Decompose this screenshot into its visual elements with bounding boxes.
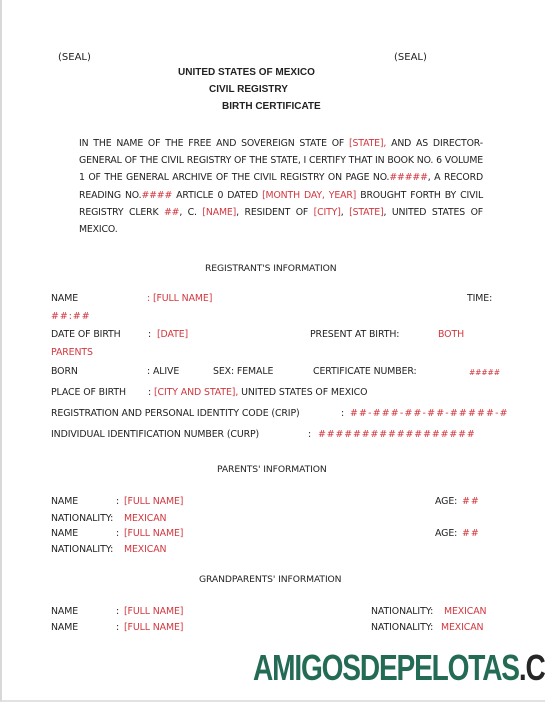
paragraph-text: , RESIDENT OF [236, 207, 313, 218]
time-label: TIME: [467, 293, 492, 305]
placeholder-date: [MONTH DAY, YEAR] [262, 190, 356, 201]
placeholder-state: [STATE], [349, 138, 386, 149]
dob-colon: : [148, 329, 151, 341]
paragraph-text: , C. [179, 207, 202, 218]
crip-value: ##-###-##-##-#####-# [350, 408, 509, 420]
seal-right: (SEAL) [394, 52, 427, 63]
parent-age-value: ## [462, 528, 480, 540]
parent-age-label: AGE: [435, 496, 457, 508]
certificate-page: (SEAL) (SEAL) UNITED STATES OF MEXICO CI… [0, 0, 545, 702]
title-country: UNITED STATES OF MEXICO [178, 67, 315, 78]
paragraph-text: IN THE NAME OF THE FREE AND SOVEREIGN ST… [79, 138, 349, 149]
grandparent-nationality-value: MEXICAN [444, 606, 486, 618]
curp-colon: : [308, 429, 311, 441]
present-at-birth-value: BOTH [438, 329, 464, 341]
curp-value: ################## [318, 429, 476, 441]
dob-value: [DATE] [157, 329, 188, 341]
present-at-birth-value-cont: PARENTS [51, 347, 93, 359]
placeholder-state: [STATE] [349, 207, 383, 218]
time-value: ##:## [51, 311, 91, 323]
paragraph-text: ARTICLE 0 DATED [172, 190, 262, 201]
parent-name-label: NAME [51, 496, 78, 508]
dob-label: DATE OF BIRTH [51, 329, 121, 341]
title-certificate: BIRTH CERTIFICATE [222, 101, 321, 112]
grandparent-nationality-value: MEXICAN [441, 622, 483, 634]
registrant-name-value: : [FULL NAME] [147, 293, 212, 305]
place-of-birth-value: [CITY AND STATE], UNITED STATES OF MEXIC… [154, 387, 367, 399]
grandparent-name-colon: : [116, 622, 119, 634]
grandparent-name-label: NAME [51, 622, 78, 634]
certificate-number-label: CERTIFICATE NUMBER: [313, 366, 417, 378]
grandparent-nationality-label: NATIONALITY: [371, 606, 433, 618]
parent-age-label: AGE: [435, 528, 457, 540]
placeholder-name: [NAME] [202, 207, 236, 218]
crip-colon: : [341, 408, 344, 420]
parent-nationality-label: NATIONALITY: [51, 544, 113, 556]
crip-label: REGISTRATION AND PERSONAL IDENTITY CODE … [51, 408, 300, 420]
parent-nationality-label: NATIONALITY: [51, 513, 113, 525]
curp-label: INDIVIDUAL IDENTIFICATION NUMBER (CURP) [51, 429, 259, 441]
parent-name-colon: : [116, 496, 119, 508]
placeholder-city: [CITY] [314, 207, 341, 218]
place-country: UNITED STATES OF MEXICO [238, 387, 367, 398]
paragraph-text: , [341, 207, 349, 218]
parent-name-value: [FULL NAME] [124, 496, 183, 508]
placeholder-clerk-no: ## [164, 207, 179, 218]
born-label: BORN [51, 366, 78, 378]
parent-name-label: NAME [51, 528, 78, 540]
grandparent-name-value: [FULL NAME] [124, 606, 183, 618]
place-of-birth-label: PLACE OF BIRTH [51, 387, 126, 399]
born-value: : ALIVE [147, 366, 179, 378]
parent-name-colon: : [116, 528, 119, 540]
placeholder-city-state: [CITY AND STATE], [154, 387, 238, 398]
site-watermark: AMIGOSDEPELOTAS.COM [253, 648, 545, 688]
certificate-number-value: ##### [469, 367, 500, 379]
parent-nationality-value: MEXICAN [124, 513, 166, 525]
watermark-name: AMIGOSDEPELOTAS [253, 647, 519, 688]
watermark-tld: .COM [519, 647, 545, 688]
placeholder-page-no: ##### [389, 172, 427, 183]
grandparent-name-colon: : [116, 606, 119, 618]
parent-name-value: [FULL NAME] [124, 528, 183, 540]
grandparent-nationality-label: NATIONALITY: [371, 622, 433, 634]
section-title-registrant: REGISTRANT'S INFORMATION [205, 263, 337, 275]
title-registry: CIVIL REGISTRY [209, 84, 288, 95]
placeholder-record-no: #### [141, 190, 172, 201]
parent-age-value: ## [462, 496, 480, 508]
sex-field: SEX: FEMALE [213, 366, 273, 378]
parent-nationality-value: MEXICAN [124, 544, 166, 556]
section-title-parents: PARENTS' INFORMATION [217, 464, 327, 476]
place-of-birth-colon: : [148, 387, 151, 399]
certification-paragraph: IN THE NAME OF THE FREE AND SOVEREIGN ST… [79, 135, 483, 238]
registrant-name-label: NAME [51, 293, 78, 305]
seal-left: (SEAL) [58, 52, 91, 63]
grandparent-name-label: NAME [51, 606, 78, 618]
section-title-grandparents: GRANDPARENTS' INFORMATION [199, 574, 341, 586]
present-at-birth-label: PRESENT AT BIRTH: [310, 329, 399, 341]
grandparent-name-value: [FULL NAME] [124, 622, 183, 634]
